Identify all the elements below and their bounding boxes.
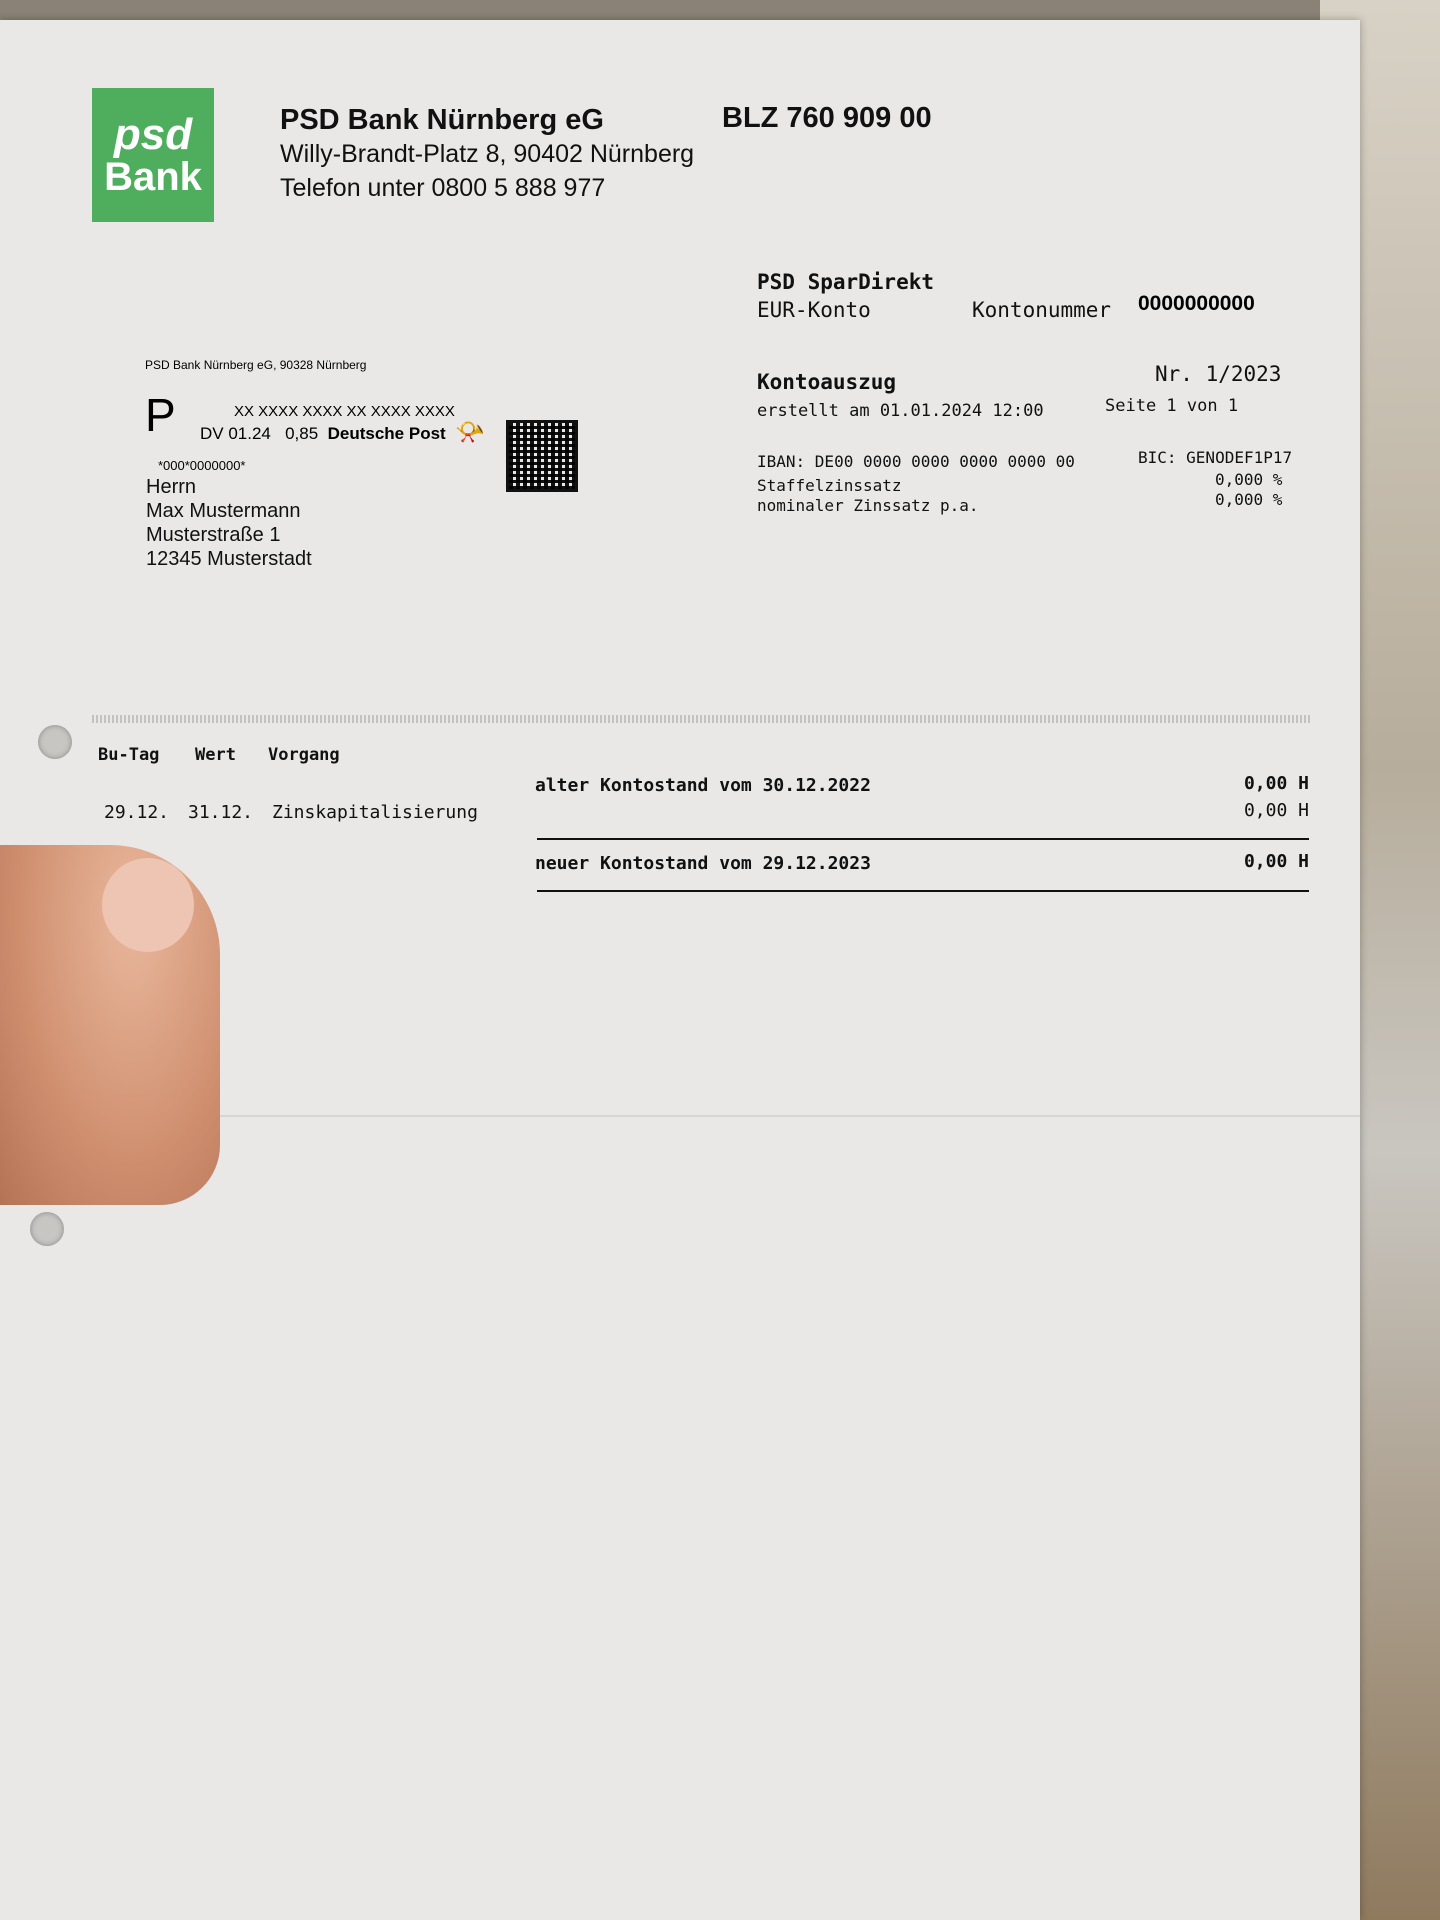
bank-phone: Telefon unter 0800 5 888 977: [280, 174, 605, 203]
franking-date: DV 01.24: [200, 424, 271, 443]
transaction-value-date: 31.12.: [188, 802, 253, 823]
balance-rule: [537, 838, 1309, 840]
transaction-amount: 0,00 H: [1244, 800, 1309, 821]
thumbnail: [102, 858, 194, 952]
franking-code: XX XXXX XXXX XX XXXX XXXX: [234, 403, 455, 420]
statement-number: Nr. 1/2023: [1155, 362, 1281, 386]
closing-balance-value: 0,00 H: [1244, 851, 1309, 872]
balance-rule: [537, 890, 1309, 892]
punch-hole: [38, 725, 72, 759]
recipient-street: Musterstraße 1: [146, 523, 312, 547]
transaction-booking-date: 29.12.: [104, 802, 169, 823]
logo-text: psd: [114, 113, 192, 157]
recipient-name: Max Mustermann: [146, 499, 312, 523]
account-number: 0000000000: [1138, 292, 1255, 316]
bic: BIC: GENODEF1P17: [1138, 448, 1292, 467]
bank-name: PSD Bank Nürnberg eG: [280, 104, 604, 137]
punch-hole: [30, 1212, 64, 1246]
closing-balance-label: neuer Kontostand vom 29.12.2023: [535, 853, 871, 874]
qr-code: [506, 420, 578, 492]
franking-amount: 0,85: [285, 424, 318, 443]
recipient-city: 12345 Musterstadt: [146, 547, 312, 571]
iban: IBAN: DE00 0000 0000 0000 0000 00: [757, 452, 1075, 471]
rate-value: 0,000 %: [1215, 490, 1282, 509]
account-currency: EUR-Konto: [757, 298, 871, 322]
statement-title: Kontoauszug: [757, 370, 896, 394]
bank-logo: psd Bank: [92, 88, 214, 222]
bank-code: BLZ 760 909 00: [722, 102, 932, 135]
mail-reference: *000*0000000*: [158, 458, 245, 473]
franking-line: DV 01.24 0,85 Deutsche Post: [200, 424, 446, 444]
opening-balance-label: alter Kontostand vom 30.12.2022: [535, 775, 871, 796]
account-product: PSD SparDirekt: [757, 270, 934, 294]
rate-label: Staffelzinssatz: [757, 476, 902, 495]
rate-value: 0,000 %: [1215, 470, 1282, 489]
recipient-address: Herrn Max Mustermann Musterstraße 1 1234…: [146, 475, 312, 571]
bank-address: Willy-Brandt-Platz 8, 90402 Nürnberg: [280, 140, 694, 169]
statement-page: Seite 1 von 1: [1105, 396, 1238, 416]
statement-created: erstellt am 01.01.2024 12:00: [757, 401, 1044, 421]
logo-text: Bank: [104, 157, 202, 197]
sender-line: PSD Bank Nürnberg eG, 90328 Nürnberg: [145, 358, 366, 372]
post-horn-icon: 📯: [455, 418, 485, 447]
column-header: Vorgang: [268, 745, 340, 765]
carrier-name: Deutsche Post: [328, 424, 446, 443]
recipient-salutation: Herrn: [146, 475, 312, 499]
opening-balance-value: 0,00 H: [1244, 773, 1309, 794]
rate-label: nominaler Zinssatz p.a.: [757, 496, 979, 515]
account-number-label: Kontonummer: [972, 298, 1111, 322]
column-header: Bu-Tag: [98, 745, 159, 765]
transaction-description: Zinskapitalisierung: [272, 802, 478, 823]
postage-p-mark: P: [145, 388, 176, 442]
column-header: Wert: [195, 745, 236, 765]
perforation-line: [92, 715, 1312, 723]
